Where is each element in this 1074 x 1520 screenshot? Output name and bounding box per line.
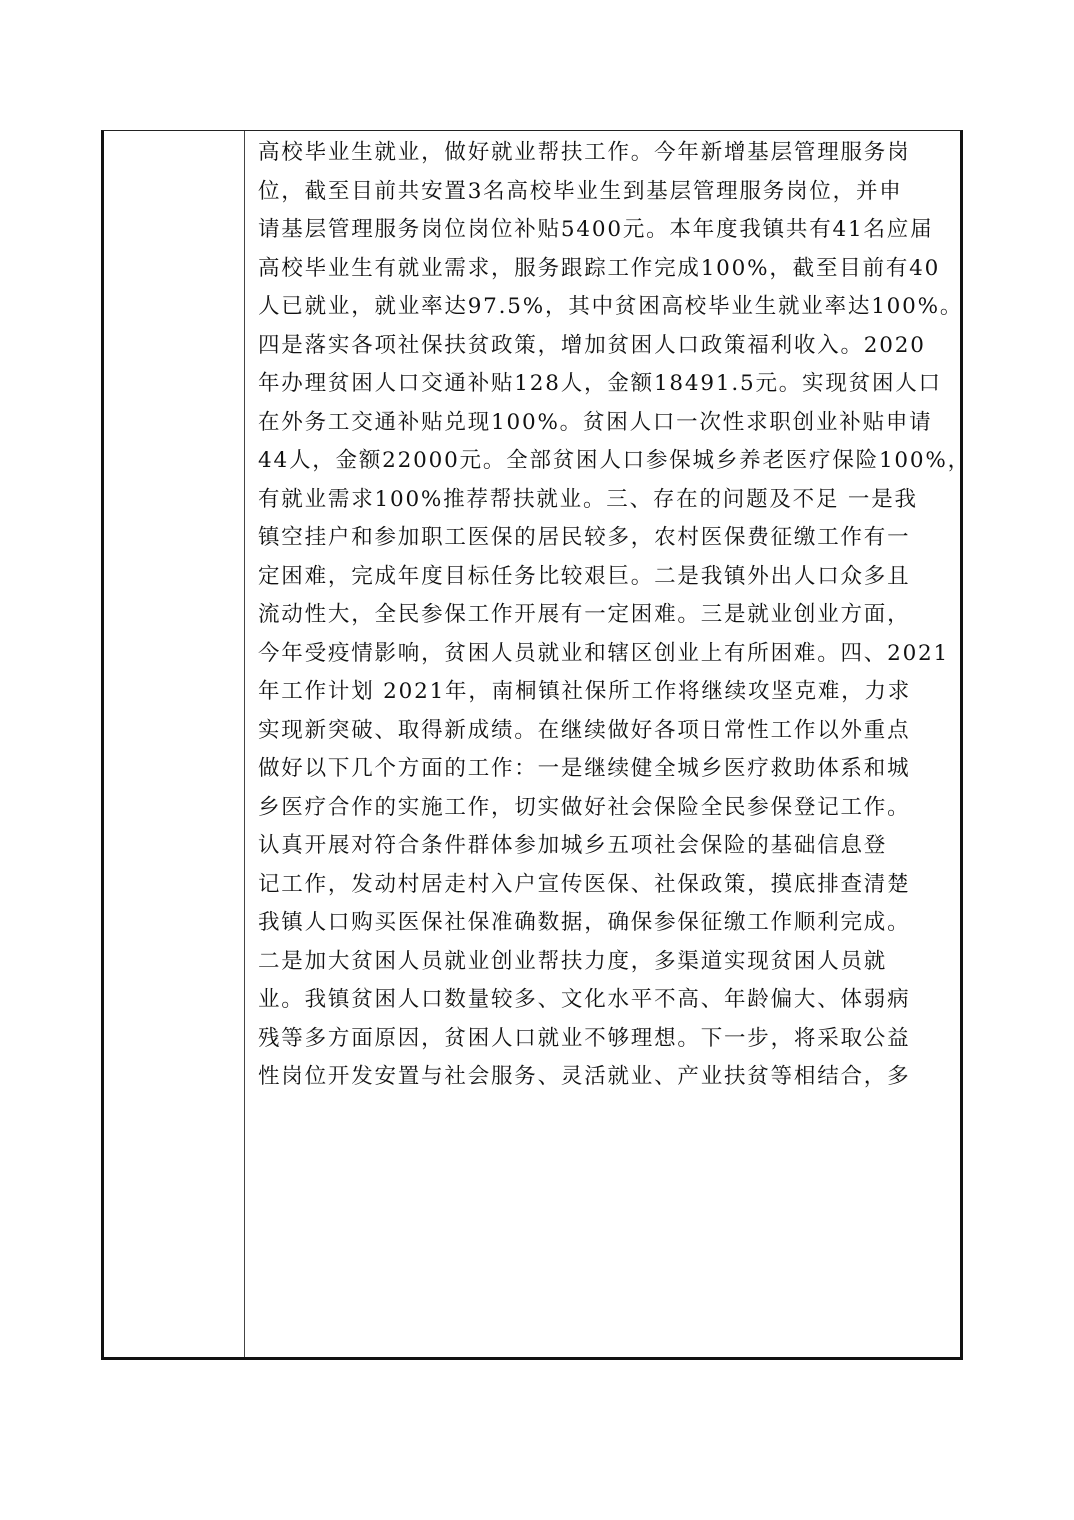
table-label-cell bbox=[104, 131, 245, 1357]
text-line: 定困难，完成年度目标任务比较艰巨。二是我镇外出人口众多且 bbox=[258, 558, 958, 597]
text-line: 二是加大贫困人员就业创业帮扶力度，多渠道实现贫困人员就 bbox=[258, 943, 958, 982]
text-line: 高校毕业生有就业需求，服务跟踪工作完成100%，截至目前有40 bbox=[258, 250, 958, 289]
text-line: 有就业需求100%推荐帮扶就业。三、存在的问题及不足 一是我 bbox=[258, 481, 958, 520]
text-line: 位，截至目前共安置3名高校毕业生到基层管理服务岗位，并申 bbox=[258, 173, 958, 212]
text-line: 44人，金额22000元。全部贫困人口参保城乡养老医疗保险100%， bbox=[258, 442, 958, 481]
text-line: 镇空挂户和参加职工医保的居民较多，农村医保费征缴工作有一 bbox=[258, 519, 958, 558]
text-line: 流动性大，全民参保工作开展有一定困难。三是就业创业方面， bbox=[258, 596, 958, 635]
text-line: 我镇人口购买医保社保准确数据，确保参保征缴工作顺利完成。 bbox=[258, 904, 958, 943]
text-line: 乡医疗合作的实施工作，切实做好社会保险全民参保登记工作。 bbox=[258, 789, 958, 828]
text-line: 残等多方面原因，贫困人口就业不够理想。下一步，将采取公益 bbox=[258, 1020, 958, 1059]
text-line: 年办理贫困人口交通补贴128人，金额18491.5元。实现贫困人口 bbox=[258, 365, 958, 404]
table-content-cell: 高校毕业生就业，做好就业帮扶工作。今年新增基层管理服务岗 位，截至目前共安置3名… bbox=[246, 131, 960, 1357]
text-line: 四是落实各项社保扶贫政策，增加贫困人口政策福利收入。2020 bbox=[258, 327, 958, 366]
document-table: 高校毕业生就业，做好就业帮扶工作。今年新增基层管理服务岗 位，截至目前共安置3名… bbox=[101, 130, 963, 1360]
text-line: 高校毕业生就业，做好就业帮扶工作。今年新增基层管理服务岗 bbox=[258, 134, 958, 173]
text-line: 请基层管理服务岗位岗位补贴5400元。本年度我镇共有41名应届 bbox=[258, 211, 958, 250]
text-line: 年工作计划 2021年，南桐镇社保所工作将继续攻坚克难，力求 bbox=[258, 673, 958, 712]
text-line: 在外务工交通补贴兑现100%。贫困人口一次性求职创业补贴申请 bbox=[258, 404, 958, 443]
text-line: 认真开展对符合条件群体参加城乡五项社会保险的基础信息登 bbox=[258, 827, 958, 866]
text-line: 实现新突破、取得新成绩。在继续做好各项日常性工作以外重点 bbox=[258, 712, 958, 751]
text-line: 人已就业，就业率达97.5%，其中贫困高校毕业生就业率达100%。 bbox=[258, 288, 958, 327]
text-line: 业。我镇贫困人口数量较多、文化水平不高、年龄偏大、体弱病 bbox=[258, 981, 958, 1020]
body-text: 高校毕业生就业，做好就业帮扶工作。今年新增基层管理服务岗 位，截至目前共安置3名… bbox=[258, 134, 958, 1097]
text-line: 今年受疫情影响，贫困人员就业和辖区创业上有所困难。四、2021 bbox=[258, 635, 958, 674]
text-line: 记工作，发动村居走村入户宣传医保、社保政策，摸底排查清楚 bbox=[258, 866, 958, 905]
text-line: 做好以下几个方面的工作：一是继续健全城乡医疗救助体系和城 bbox=[258, 750, 958, 789]
text-line: 性岗位开发安置与社会服务、灵活就业、产业扶贫等相结合，多 bbox=[258, 1058, 958, 1097]
